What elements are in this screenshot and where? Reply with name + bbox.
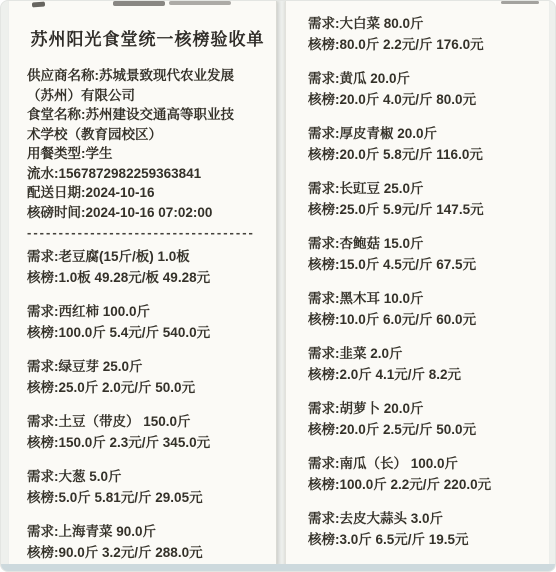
- item-block: 需求:上海青菜 90.0斤 核榜:90.0斤 3.2元/斤 288.0元: [27, 521, 268, 563]
- weigh-time-line: 核磅时间:2024-10-16 07:02:00: [27, 203, 241, 223]
- torn-print-artifact: [32, 2, 45, 8]
- item-check-line: 核榜:20.0斤 5.8元/斤 116.0元: [308, 144, 543, 165]
- separator-dashes: ------------------------------------: [27, 225, 269, 240]
- item-check-line: 核榜:1.0板 49.28元/板 49.28元: [27, 267, 268, 288]
- item-check-line: 核榜:20.0斤 4.0元/斤 80.0元: [308, 89, 543, 110]
- item-demand-line: 需求:西红柿 100.0斤: [27, 301, 268, 322]
- left-item-list: 需求:老豆腐(15斤/板) 1.0板 核榜:1.0板 49.28元/板 49.2…: [27, 246, 268, 563]
- item-demand-line: 需求:长豇豆 25.0斤: [308, 178, 543, 199]
- receipt-title: 苏州阳光食堂统一核榜验收单: [27, 25, 268, 50]
- item-demand-line: 需求:大葱 5.0斤: [27, 466, 268, 487]
- item-check-line: 核榜:150.0斤 2.3元/斤 345.0元: [27, 432, 268, 453]
- item-demand-line: 需求:土豆（带皮） 150.0斤: [27, 411, 268, 432]
- item-block: 需求:胡萝卜 20.0斤 核榜:20.0斤 2.5元/斤 50.0元: [308, 398, 543, 440]
- item-check-line: 核榜:2.0斤 4.1元/斤 8.2元: [308, 364, 543, 385]
- item-check-line: 核榜:15.0斤 4.5元/斤 67.5元: [308, 254, 543, 275]
- delivery-date-line: 配送日期:2024-10-16: [27, 183, 241, 203]
- item-block: 需求:去皮大蒜头 3.0斤 核榜:3.0斤 6.5元/斤 19.5元: [308, 508, 543, 550]
- item-demand-line: 需求:上海青菜 90.0斤: [27, 521, 268, 542]
- item-demand-line: 需求:去皮大蒜头 3.0斤: [308, 508, 543, 529]
- item-demand-line: 需求:大白菜 80.0斤: [308, 13, 543, 34]
- torn-print-artifact: [169, 1, 231, 5]
- receipt-photo: 苏州阳光食堂统一核榜验收单 供应商名称:苏城景致现代农业发展（苏州）有限公司 食…: [0, 0, 556, 572]
- item-demand-line: 需求:胡萝卜 20.0斤: [308, 398, 543, 419]
- torn-print-artifact: [113, 1, 165, 6]
- item-demand-line: 需求:杏鲍菇 15.0斤: [308, 233, 543, 254]
- item-block: 需求:杏鲍菇 15.0斤 核榜:15.0斤 4.5元/斤 67.5元: [308, 233, 543, 275]
- item-block: 需求:长豇豆 25.0斤 核榜:25.0斤 5.9元/斤 147.5元: [308, 178, 543, 220]
- item-demand-line: 需求:老豆腐(15斤/板) 1.0板: [27, 246, 268, 267]
- item-block: 需求:南瓜（长） 100.0斤 核榜:100.0斤 2.2元/斤 220.0元: [308, 453, 543, 495]
- canteen-name-line: 食堂名称:苏州建设交通高等职业技术学校（教育园校区）: [27, 105, 241, 144]
- item-block: 需求:土豆（带皮） 150.0斤 核榜:150.0斤 2.3元/斤 345.0元: [27, 411, 268, 453]
- serial-number-line: 流水:1567872982259363841: [27, 164, 241, 184]
- item-block: 需求:大葱 5.0斤 核榜:5.0斤 5.81元/斤 29.05元: [27, 466, 268, 508]
- receipt-left-column: 苏州阳光食堂统一核榜验收单 供应商名称:苏城景致现代农业发展（苏州）有限公司 食…: [9, 1, 277, 566]
- receipt-right-column: 需求:大白菜 80.0斤 核榜:80.0斤 2.2元/斤 176.0元 需求:黄…: [285, 1, 549, 566]
- item-check-line: 核榜:90.0斤 3.2元/斤 288.0元: [27, 542, 268, 563]
- item-block: 需求:黑木耳 10.0斤 核榜:10.0斤 6.0元/斤 60.0元: [308, 288, 543, 330]
- item-block: 需求:厚皮青椒 20.0斤 核榜:20.0斤 5.8元/斤 116.0元: [308, 123, 543, 165]
- torn-print-artifact: [501, 1, 539, 4]
- item-demand-line: 需求:南瓜（长） 100.0斤: [308, 453, 543, 474]
- item-check-line: 核榜:20.0斤 2.5元/斤 50.0元: [308, 419, 543, 440]
- item-demand-line: 需求:韭菜 2.0斤: [308, 343, 543, 364]
- item-check-line: 核榜:10.0斤 6.0元/斤 60.0元: [308, 309, 543, 330]
- item-check-line: 核榜:25.0斤 5.9元/斤 147.5元: [308, 199, 543, 220]
- receipt-header: 供应商名称:苏城景致现代农业发展（苏州）有限公司 食堂名称:苏州建设交通高等职业…: [27, 66, 241, 222]
- item-block: 需求:绿豆芽 25.0斤 核榜:25.0斤 2.0元/斤 50.0元: [27, 356, 268, 398]
- item-block: 需求:西红柿 100.0斤 核榜:100.0斤 5.4元/斤 540.0元: [27, 301, 268, 343]
- meal-type-line: 用餐类型:学生: [27, 144, 241, 164]
- item-check-line: 核榜:100.0斤 5.4元/斤 540.0元: [27, 322, 268, 343]
- photo-bottom-edge: [1, 564, 555, 571]
- item-block: 需求:韭菜 2.0斤 核榜:2.0斤 4.1元/斤 8.2元: [308, 343, 543, 385]
- item-check-line: 核榜:5.0斤 5.81元/斤 29.05元: [27, 487, 268, 508]
- item-check-line: 核榜:3.0斤 6.5元/斤 19.5元: [308, 529, 543, 550]
- item-block: 需求:大白菜 80.0斤 核榜:80.0斤 2.2元/斤 176.0元: [308, 13, 543, 55]
- item-check-line: 核榜:80.0斤 2.2元/斤 176.0元: [308, 34, 543, 55]
- right-item-list: 需求:大白菜 80.0斤 核榜:80.0斤 2.2元/斤 176.0元 需求:黄…: [308, 13, 543, 550]
- supplier-name-line: 供应商名称:苏城景致现代农业发展（苏州）有限公司: [27, 66, 241, 105]
- item-check-line: 核榜:25.0斤 2.0元/斤 50.0元: [27, 377, 268, 398]
- item-check-line: 核榜:100.0斤 2.2元/斤 220.0元: [308, 474, 543, 495]
- item-block: 需求:黄瓜 20.0斤 核榜:20.0斤 4.0元/斤 80.0元: [308, 68, 543, 110]
- item-demand-line: 需求:黑木耳 10.0斤: [308, 288, 543, 309]
- item-demand-line: 需求:绿豆芽 25.0斤: [27, 356, 268, 377]
- item-block: 需求:老豆腐(15斤/板) 1.0板 核榜:1.0板 49.28元/板 49.2…: [27, 246, 268, 288]
- item-demand-line: 需求:黄瓜 20.0斤: [308, 68, 543, 89]
- item-demand-line: 需求:厚皮青椒 20.0斤: [308, 123, 543, 144]
